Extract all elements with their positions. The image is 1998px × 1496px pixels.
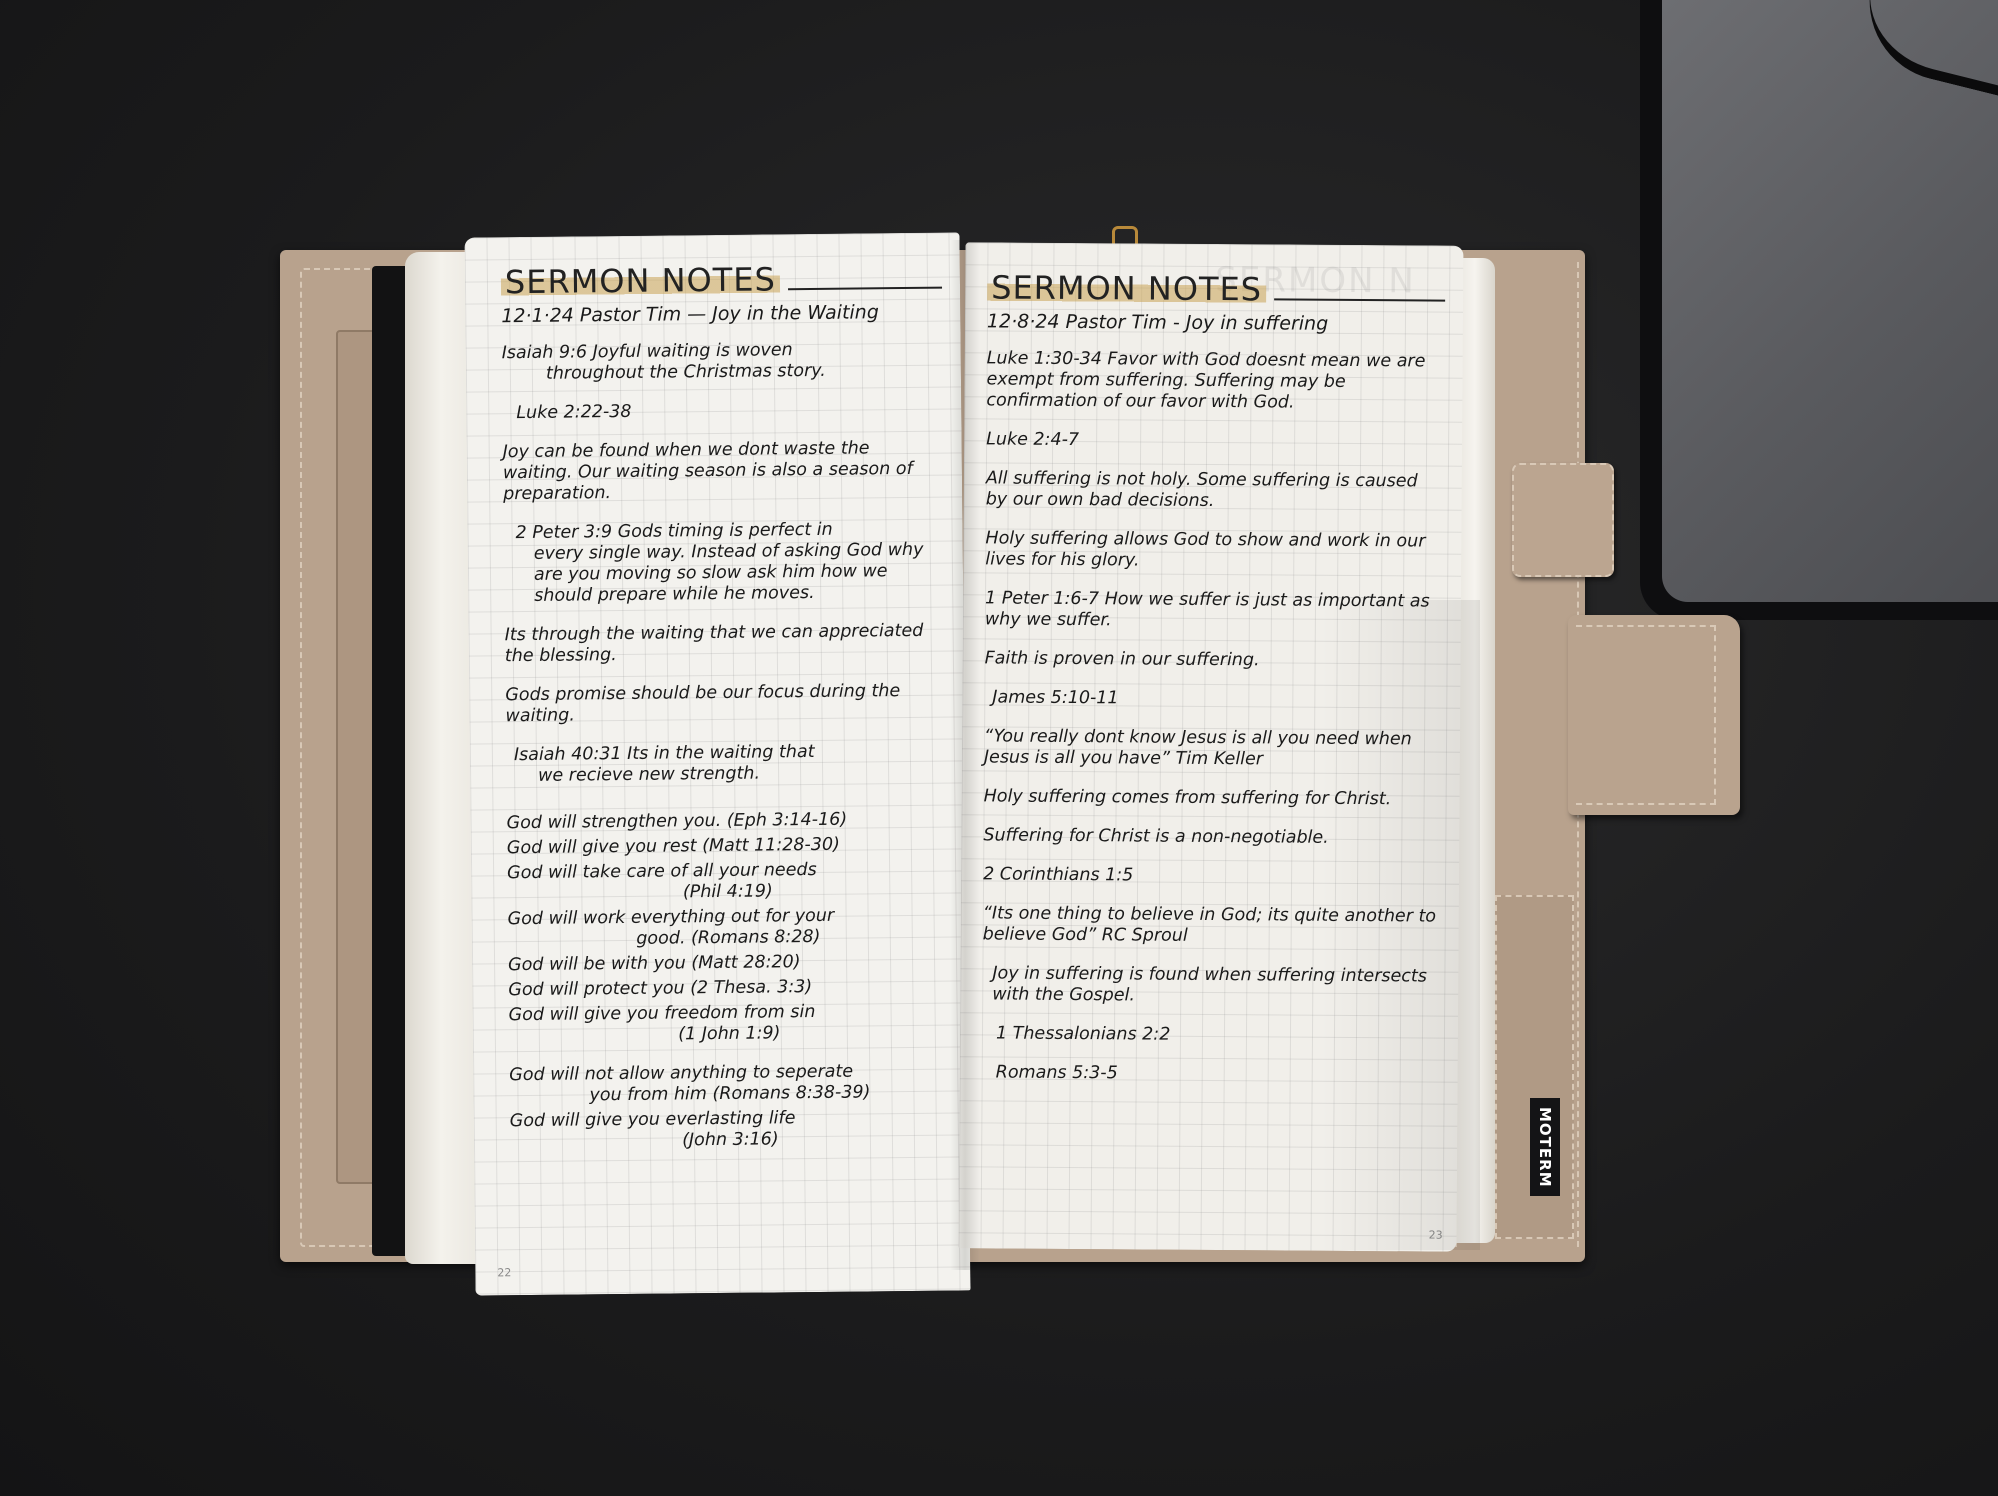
pen-loop-tab[interactable] (1512, 463, 1614, 577)
promise-text: God will protect you (2 Thesa. 3:3) (508, 977, 812, 1000)
note-text: Suffering for Christ is a non-negotiable… (983, 825, 1329, 847)
promise-line: God will strengthen you. (Eph 3:14-16) (507, 809, 948, 835)
note-text: Holy suffering allows God to show and wo… (985, 528, 1425, 570)
note-entry: Holy suffering allows God to show and wo… (985, 528, 1443, 573)
right-page-title: SERMON NOTES (987, 268, 1266, 308)
promise-text: God will work everything out for your (508, 906, 835, 929)
promise-text: God will not allow anything to seperate (509, 1062, 853, 1086)
promise-line: God will work everything out for yourgoo… (508, 905, 949, 952)
note-entry: Isaiah 40:31 Its in the waiting that we … (506, 741, 947, 788)
left-page-content: SERMON NOTES 12·1·24 Pastor Tim — Joy in… (501, 259, 951, 1158)
promise-ref: (1 John 1:9) (509, 1022, 950, 1048)
promise-line: God will be with you (Matt 28:20) (508, 951, 949, 977)
scripture-ref: 2 Corinthians 1:5 (983, 864, 1133, 885)
note-entry: Luke 2:4-7 (986, 429, 1444, 453)
note-continuation: we recieve new strength. (514, 762, 947, 788)
note-entry: Luke 2:22-38 (502, 399, 943, 425)
note-text: Its through the waiting that we can appr… (505, 621, 924, 666)
promise-text: God will give you freedom from sin (509, 1002, 816, 1025)
scripture-ref: Luke 2:4-7 (986, 429, 1079, 450)
brand-label: MOTERM (1530, 1098, 1560, 1196)
promise-text: God will be with you (Matt 28:20) (508, 952, 801, 975)
book-gutter (950, 240, 980, 1270)
shadow-overlay (1320, 600, 1480, 1250)
note-entry: 2 Peter 3:9 Gods timing is perfect in ev… (503, 519, 945, 608)
note-entry: Its through the waiting that we can appr… (505, 621, 946, 668)
note-entry: All suffering is not holy. Some sufferin… (986, 468, 1444, 513)
title-underline (1274, 298, 1445, 301)
note-text: Isaiah 40:31 Its in the waiting that (514, 742, 815, 765)
promise-line: God will give you freedom from sin(1 Joh… (509, 1001, 950, 1048)
scripture-ref: 1 Thessalonians 2:2 (996, 1024, 1171, 1045)
left-page-header: 12·1·24 Pastor Tim — Joy in the Waiting (501, 301, 942, 328)
promise-line: God will give you rest (Matt 11:28-30) (507, 834, 948, 860)
right-title-row: SERMON NOTES (987, 268, 1445, 309)
promise-line: God will not allow anything to seperatey… (509, 1061, 950, 1108)
promise-text: God will take care of all your needs (507, 860, 817, 883)
promise-text: God will strengthen you. (Eph 3:14-16) (507, 810, 848, 834)
note-text: All suffering is not holy. Some sufferin… (986, 468, 1418, 511)
promise-line: God will take care of all your needs(Phi… (507, 859, 948, 906)
promise-line: God will give you everlasting life(John … (510, 1107, 951, 1154)
promise-ref: you from him (Romans 8:38-39) (509, 1082, 950, 1108)
note-text: Gods promise should be our focus during … (505, 681, 900, 726)
scripture-ref: James 5:10-11 (992, 687, 1118, 708)
title-underline (788, 287, 942, 291)
note-text: Isaiah 9:6 Joyful waiting is woven (502, 340, 793, 363)
note-text: 2 Peter 3:9 Gods timing is perfect in (515, 520, 832, 543)
brand-label-text: MOTERM (1536, 1107, 1554, 1188)
scripture-ref: Luke 2:22-38 (516, 402, 631, 423)
note-continuation: every single way. Instead of asking God … (516, 540, 946, 607)
promise-ref: (John 3:16) (510, 1128, 951, 1154)
left-page: SERMON NOTES 12·1·24 Pastor Tim — Joy in… (464, 232, 970, 1295)
left-page-title: SERMON NOTES (501, 260, 780, 301)
note-entry: Isaiah 9:6 Joyful waiting is woven throu… (502, 339, 943, 386)
closure-strap-tab[interactable] (1568, 615, 1740, 815)
promise-line: God will protect you (2 Thesa. 3:3) (508, 976, 949, 1002)
tablet-device (1640, 0, 1998, 620)
note-entry: Gods promise should be our focus during … (505, 681, 946, 728)
note-text: Faith is proven in our suffering. (985, 648, 1260, 670)
promise-ref: (Phil 4:19) (507, 880, 948, 906)
page-number: 22 (497, 1266, 511, 1279)
note-text: Joy can be found when we dont waste the … (503, 438, 913, 504)
note-entry: Luke 1:30-34 Favor with God doesnt mean … (986, 348, 1444, 414)
left-title-row: SERMON NOTES (501, 259, 942, 302)
promise-text: God will give you everlasting life (510, 1108, 796, 1131)
promise-ref: good. (Romans 8:28) (508, 926, 949, 952)
scripture-ref: Romans 5:3-5 (996, 1063, 1118, 1084)
promise-text: God will give you rest (Matt 11:28-30) (507, 835, 840, 858)
note-continuation: throughout the Christmas story. (502, 360, 943, 386)
right-page-header: 12·8·24 Pastor Tim - Joy in suffering (987, 310, 1445, 335)
note-entry: Joy can be found when we dont waste the … (503, 438, 945, 506)
tablet-screen (1662, 0, 1998, 602)
note-text: Luke 1:30-34 Favor with God doesnt mean … (986, 348, 1425, 412)
